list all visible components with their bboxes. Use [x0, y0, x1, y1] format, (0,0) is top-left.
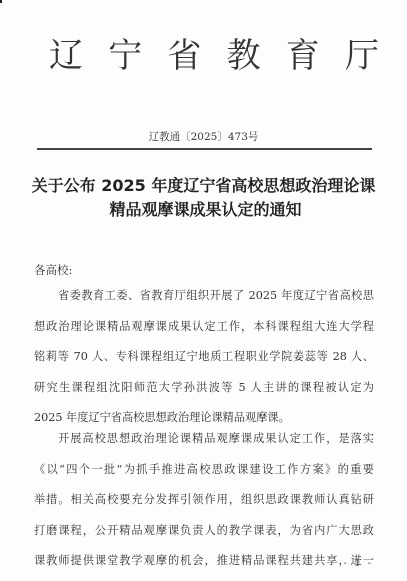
paragraph-line: 开展高校思想政治理论课精品观摩课成果认定工作，是落实: [34, 424, 374, 455]
paragraph-line: 铭莉等 70 人、专科课程组辽宁地质工程职业学院姜蕊等 28 人、: [34, 342, 374, 373]
salutation: 各高校:: [34, 262, 72, 278]
title-line-2: 精品观摩课成果认定的通知: [0, 198, 407, 222]
org-char: 辽: [44, 34, 88, 78]
body-paragraph-1: 省委教育工委、省教育厅组织开展了 2025 年度辽宁省高校思 想政治理论课精品观…: [34, 281, 374, 434]
header-divider: [37, 148, 372, 150]
document-title: 关于公布 2025 年度辽宁省高校思想政治理论课 精品观摩课成果认定的通知: [0, 174, 407, 222]
org-char: 厅: [340, 34, 384, 78]
page-number: - 1 -: [344, 558, 373, 569]
paragraph-line: 举措。相关高校要充分发挥引领作用，组织思政课教师认真钻研: [34, 485, 374, 516]
document-page: 辽 宁 省 教 育 厅 辽教通〔2025〕473号 关于公布 2025 年度辽宁…: [0, 0, 407, 581]
paragraph-line: 课教师提供课堂教学观摩的机会，推进精品课程共建共享，进一: [34, 546, 374, 577]
body-paragraph-2: 开展高校思想政治理论课精品观摩课成果认定工作，是落实 《以“四个一批”为抓手推进…: [34, 424, 374, 577]
org-char: 省: [162, 34, 206, 78]
paragraph-line: 《以“四个一批”为抓手推进高校思政课建设工作方案》的重要: [34, 455, 374, 486]
paragraph-line: 省委教育工委、省教育厅组织开展了 2025 年度辽宁省高校思: [34, 281, 374, 312]
organization-header: 辽 宁 省 教 育 厅: [44, 34, 384, 78]
paragraph-line: 研究生课程组沈阳师范大学孙洪波等 5 人主讲的课程被认定为: [34, 373, 374, 404]
document-number: 辽教通〔2025〕473号: [0, 130, 407, 144]
org-char: 教: [222, 34, 266, 78]
paragraph-line: 想政治理论课精品观摩课成果认定工作，本科课程组大连大学程: [34, 312, 374, 343]
org-char: 宁: [103, 34, 147, 78]
title-line-1: 关于公布 2025 年度辽宁省高校思想政治理论课: [32, 176, 376, 195]
scan-corner-mark: [0, 0, 2, 3]
paragraph-line: 打磨课程，公开精品观摩课负责人的教学课表，为省内广大思政: [34, 516, 374, 547]
org-char: 育: [281, 34, 325, 78]
